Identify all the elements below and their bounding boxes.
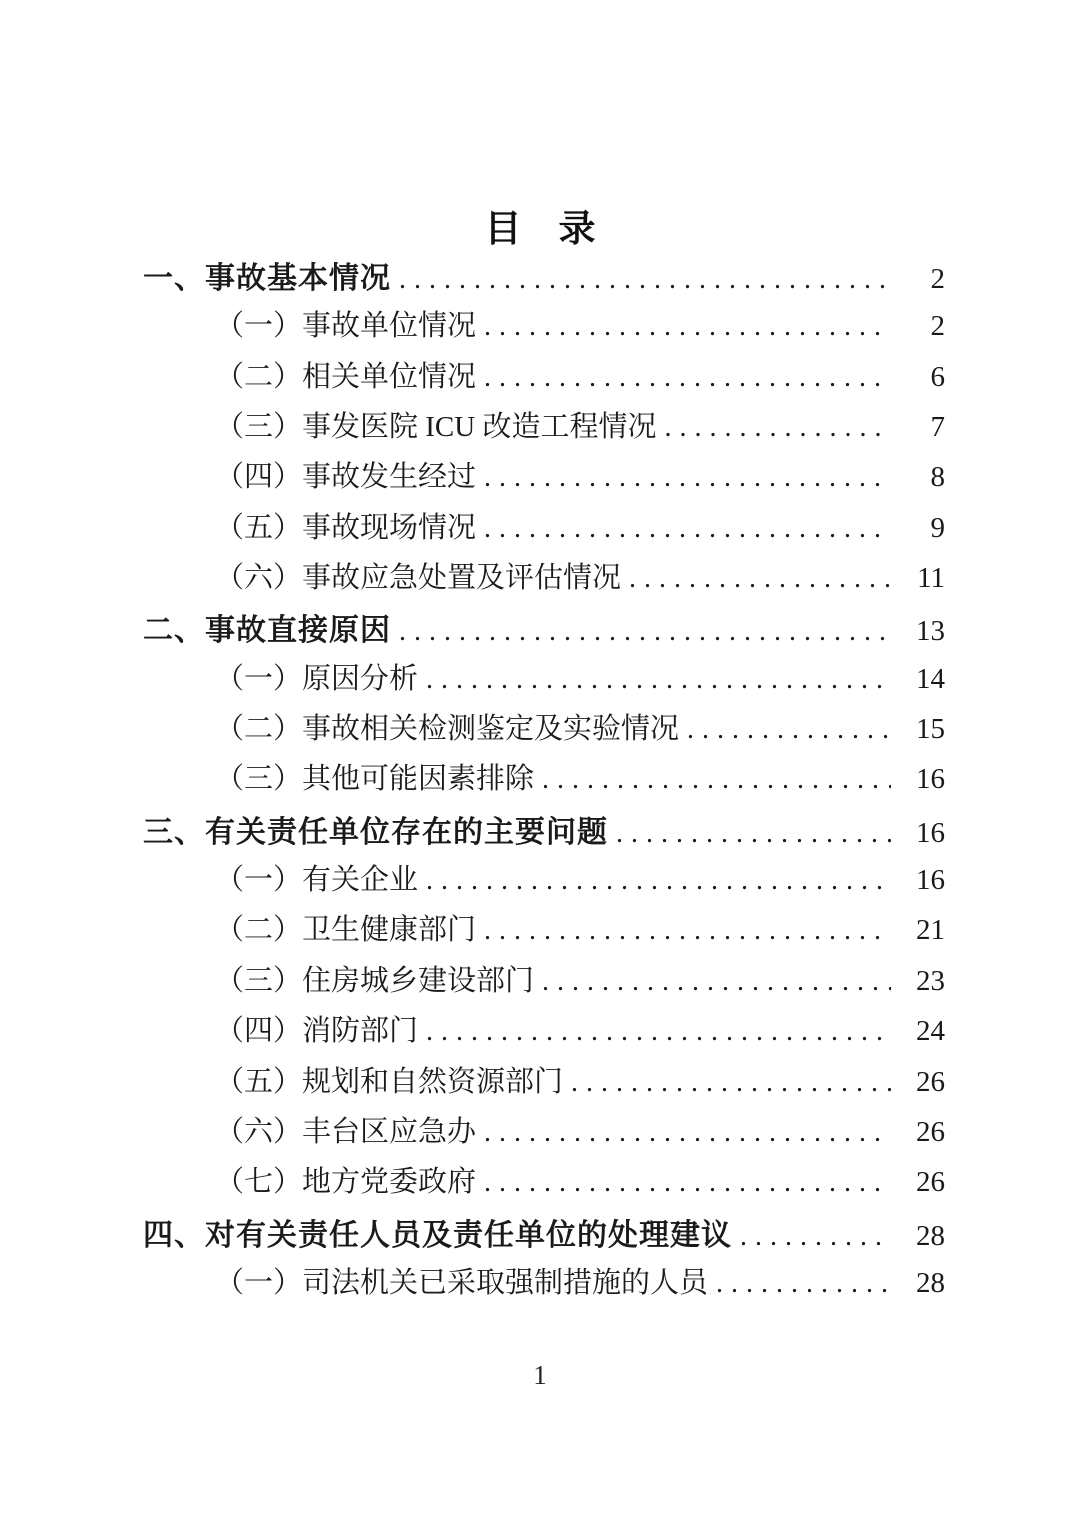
- dot-leader: ........................................…: [399, 616, 891, 648]
- toc-entry-page: 14: [895, 663, 945, 696]
- toc-entry-page: 23: [895, 965, 945, 998]
- toc-entry-label: （七）地方党委政府: [215, 1159, 476, 1200]
- toc-entry-page: 2: [895, 310, 945, 343]
- toc-entry-label: （二）卫生健康部门: [215, 907, 476, 948]
- toc-entry: （七）地方党委政府 ..............................…: [143, 1159, 945, 1209]
- toc-entry-page: 6: [895, 361, 945, 394]
- toc-entry-page: 11: [895, 562, 945, 595]
- toc-entry: （四）消防部门 ................................…: [143, 1008, 945, 1058]
- toc-entry-page: 26: [895, 1066, 945, 1099]
- toc-entry: （一）原因分析 ................................…: [143, 656, 945, 706]
- toc-entry-label: （二）相关单位情况: [215, 354, 476, 395]
- toc-entry-label: （四）消防部门: [215, 1008, 418, 1049]
- toc-entry-label: （三）住房城乡建设部门: [215, 958, 534, 999]
- toc-entry: 一、事故基本情况 ...............................…: [143, 253, 945, 303]
- toc-entry-label: （三）事发医院 ICU 改造工程情况: [215, 404, 656, 445]
- toc-entry-page: 2: [895, 263, 945, 296]
- dot-leader: ........................................…: [664, 412, 891, 444]
- toc-entry-label: 三、有关责任单位存在的主要问题: [143, 807, 608, 851]
- toc-entry: （六）事故应急处置及评估情况 .........................…: [143, 555, 945, 605]
- toc-entry-page: 28: [895, 1220, 945, 1253]
- toc-entry-label: （六）事故应急处置及评估情况: [215, 555, 621, 596]
- toc-entry-page: 26: [895, 1166, 945, 1199]
- toc-entry-label: （六）丰台区应急办: [215, 1109, 476, 1150]
- toc-entry: 二、事故直接原因 ...............................…: [143, 605, 945, 655]
- dot-leader: ........................................…: [542, 966, 891, 998]
- toc-entry-page: 24: [895, 1015, 945, 1048]
- toc-entry-label: （一）有关企业: [215, 857, 418, 898]
- dot-leader: ........................................…: [571, 1067, 891, 1099]
- toc-entry-page: 21: [895, 914, 945, 947]
- dot-leader: ........................................…: [740, 1221, 891, 1253]
- toc-entry-page: 9: [895, 512, 945, 545]
- toc-entry: 四、对有关责任人员及责任单位的处理建议 ....................…: [143, 1210, 945, 1260]
- toc-entry: （五）事故现场情况 ..............................…: [143, 505, 945, 555]
- toc-entry-label: （四）事故发生经过: [215, 454, 476, 495]
- dot-leader: ........................................…: [484, 1167, 891, 1199]
- toc-entry-label: 一、事故基本情况: [143, 253, 391, 297]
- toc-entry-page: 15: [895, 713, 945, 746]
- toc-entry: （一）事故单位情况 ..............................…: [143, 303, 945, 353]
- toc-entry: （一）司法机关已采取强制措施的人员 ......................…: [143, 1260, 945, 1310]
- toc-entry: （三）住房城乡建设部门 ............................…: [143, 958, 945, 1008]
- toc-entry-page: 7: [895, 411, 945, 444]
- toc-entry-page: 8: [895, 461, 945, 494]
- dot-leader: ........................................…: [426, 865, 891, 897]
- dot-leader: ........................................…: [687, 714, 891, 746]
- toc-entry: （六）丰台区应急办 ..............................…: [143, 1109, 945, 1159]
- toc-entry: （三）事发医院 ICU 改造工程情况 .....................…: [143, 404, 945, 454]
- dot-leader: ........................................…: [629, 563, 891, 595]
- dot-leader: ........................................…: [484, 362, 891, 394]
- page-title: 目 录: [0, 198, 1080, 252]
- toc-entry-label: （一）司法机关已采取强制措施的人员: [215, 1260, 708, 1301]
- toc-entry-label: 四、对有关责任人员及责任单位的处理建议: [143, 1210, 732, 1254]
- toc-entry-page: 13: [895, 615, 945, 648]
- toc-entry-label: （二）事故相关检测鉴定及实验情况: [215, 706, 679, 747]
- toc-entry-label: （一）原因分析: [215, 656, 418, 697]
- toc-entry-page: 16: [895, 817, 945, 850]
- toc-entry-page: 16: [895, 763, 945, 796]
- toc-entry-page: 28: [895, 1267, 945, 1300]
- dot-leader: ........................................…: [484, 513, 891, 545]
- toc-entry-label: （一）事故单位情况: [215, 303, 476, 344]
- toc-entry: （二）相关单位情况 ..............................…: [143, 354, 945, 404]
- toc-entry: （四）事故发生经过 ..............................…: [143, 454, 945, 504]
- toc-entry-label: （三）其他可能因素排除: [215, 756, 534, 797]
- dot-leader: ........................................…: [716, 1268, 891, 1300]
- toc-entry-label: （五）事故现场情况: [215, 505, 476, 546]
- toc-entry-page: 26: [895, 1116, 945, 1149]
- dot-leader: ........................................…: [484, 915, 891, 947]
- dot-leader: ........................................…: [399, 264, 891, 296]
- toc-entry: （二）卫生健康部门 ..............................…: [143, 907, 945, 957]
- dot-leader: ........................................…: [616, 818, 891, 850]
- toc-entry-label: （五）规划和自然资源部门: [215, 1059, 563, 1100]
- toc-entry: （二）事故相关检测鉴定及实验情况 .......................…: [143, 706, 945, 756]
- toc-entry-label: 二、事故直接原因: [143, 605, 391, 649]
- toc-entry: 三、有关责任单位存在的主要问题 ........................…: [143, 807, 945, 857]
- dot-leader: ........................................…: [484, 1117, 891, 1149]
- toc-entry-page: 16: [895, 864, 945, 897]
- dot-leader: ........................................…: [484, 311, 891, 343]
- toc-entry: （一）有关企业 ................................…: [143, 857, 945, 907]
- document-page: 目 录 一、事故基本情况 ...........................…: [0, 0, 1080, 1526]
- dot-leader: ........................................…: [426, 664, 891, 696]
- page-number: 1: [0, 1360, 1080, 1391]
- toc-entry: （五）规划和自然资源部门 ...........................…: [143, 1059, 945, 1109]
- table-of-contents: 一、事故基本情况 ...............................…: [143, 253, 945, 1310]
- dot-leader: ........................................…: [484, 462, 891, 494]
- dot-leader: ........................................…: [426, 1016, 891, 1048]
- toc-entry: （三）其他可能因素排除 ............................…: [143, 756, 945, 806]
- dot-leader: ........................................…: [542, 764, 891, 796]
